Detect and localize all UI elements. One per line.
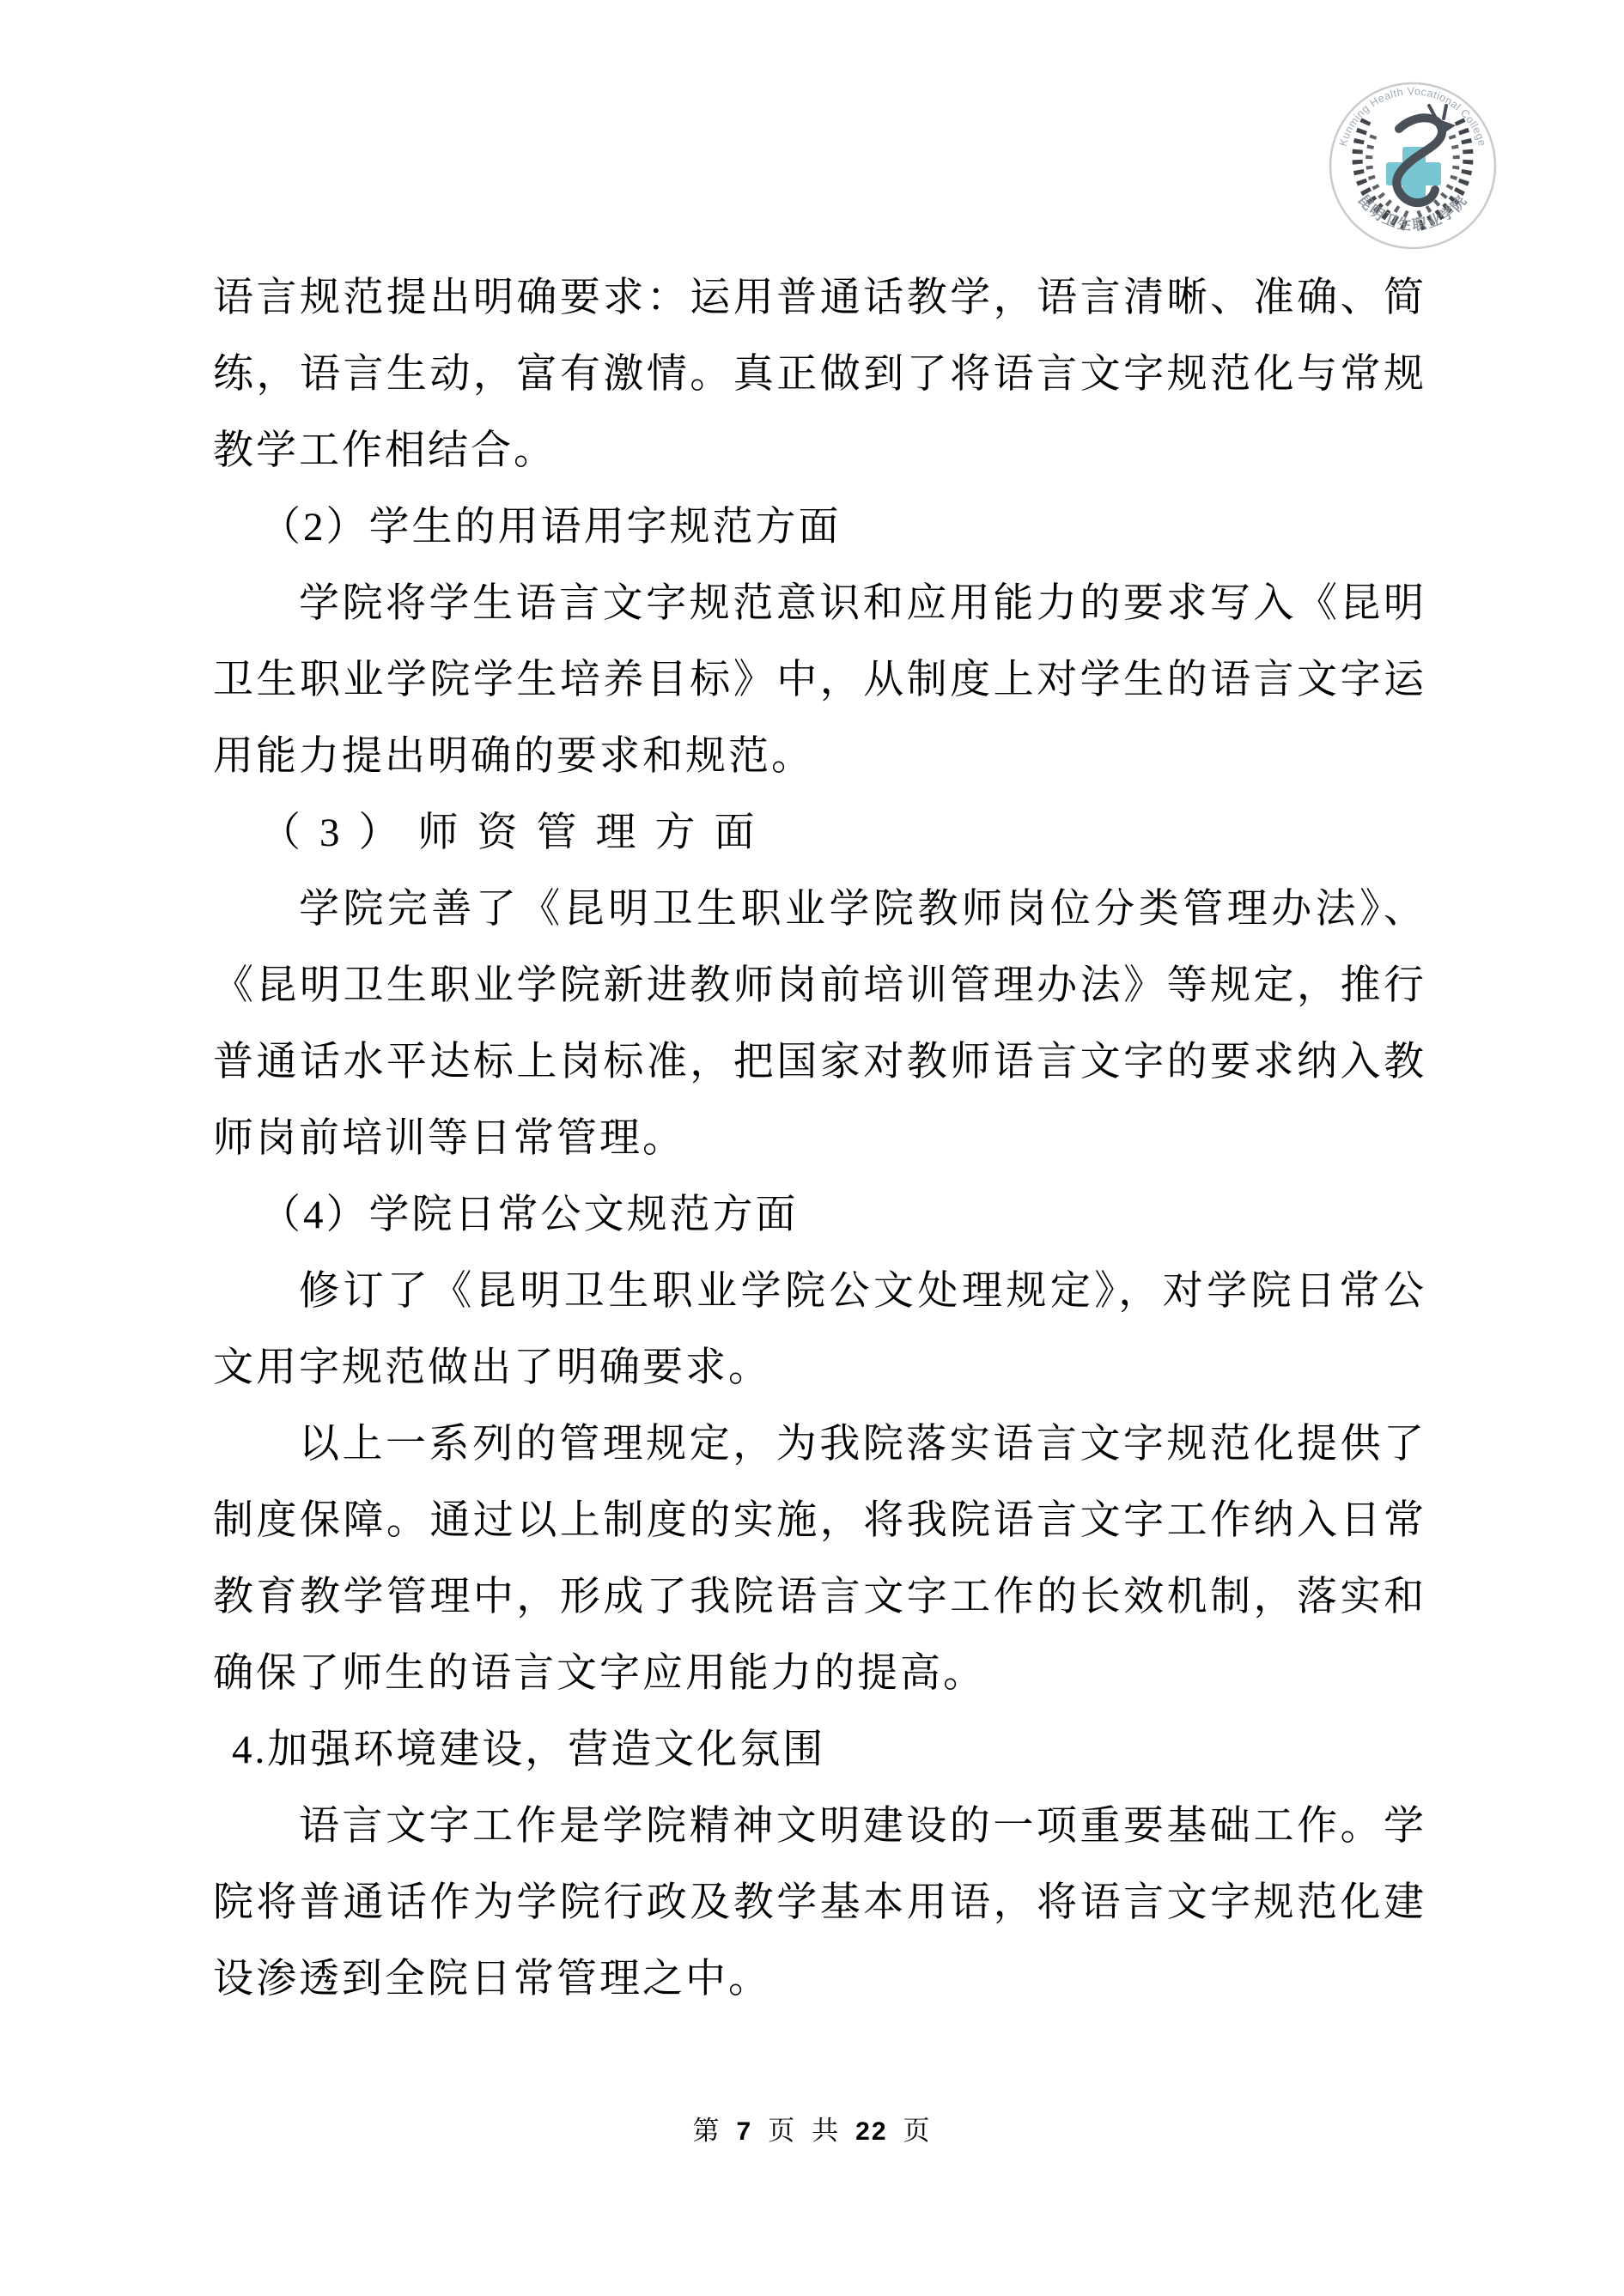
college-seal: Kunming Health Vocational College 昆明卫生职业… xyxy=(1327,77,1499,254)
text-line: 师岗前培训等日常管理。 xyxy=(213,1101,1426,1177)
footer-total-pages: 22 xyxy=(855,2117,887,2146)
text-line: 教育教学管理中，形成了我院语言文字工作的长效机制，落实和 xyxy=(213,1559,1426,1636)
text-line: 学院完善了《昆明卫生职业学院教师岗位分类管理办法》、 xyxy=(213,872,1426,948)
footer-page-number: 7 xyxy=(736,2117,752,2146)
text-line: 《昆明卫生职业学院新进教师岗前培训管理办法》等规定，推行 xyxy=(213,948,1426,1024)
text-line: 确保了师生的语言文字应用能力的提高。 xyxy=(213,1636,1426,1712)
text-line: 普通话水平达标上岗标准，把国家对教师语言文字的要求纳入教 xyxy=(213,1024,1426,1101)
page-footer: 第7页共22页 xyxy=(0,2109,1624,2147)
footer-label: 页 xyxy=(768,2116,796,2146)
text-line: 用能力提出明确的要求和规范。 xyxy=(213,719,1426,795)
text-line: 院将普通话作为学院行政及教学基本用语，将语言文字规范化建 xyxy=(213,1865,1426,1941)
text-line: 语言文字工作是学院精神文明建设的一项重要基础工作。学 xyxy=(213,1789,1426,1865)
text-line: 设渗透到全院日常管理之中。 xyxy=(213,1941,1426,2018)
text-line: 学院将学生语言文字规范意识和应用能力的要求写入《昆明 xyxy=(213,566,1426,642)
text-line: （4）学院日常公文规范方面 xyxy=(213,1177,1426,1254)
text-line: 卫生职业学院学生培养目标》中，从制度上对学生的语言文字运 xyxy=(213,642,1426,719)
text-line: 练，语言生动，富有激情。真正做到了将语言文字规范化与常规 xyxy=(213,337,1426,413)
text-line: （3）师资管理方面 xyxy=(213,795,1426,872)
footer-label: 共 xyxy=(812,2116,840,2146)
text-line: 文用字规范做出了明确要求。 xyxy=(213,1330,1426,1406)
footer-label: 第 xyxy=(692,2116,721,2146)
text-line: 4.加强环境建设，营造文化氛围 xyxy=(213,1712,1426,1789)
text-line: 以上一系列的管理规定，为我院落实语言文字规范化提供了 xyxy=(213,1406,1426,1483)
text-line: 教学工作相结合。 xyxy=(213,413,1426,489)
footer-label: 页 xyxy=(903,2116,932,2146)
document-lines: 语言规范提出明确要求：运用普通话教学，语言清晰、准确、简练，语言生动，富有激情。… xyxy=(213,260,1426,2018)
document-page: Kunming Health Vocational College 昆明卫生职业… xyxy=(0,0,1624,2296)
text-line: 语言规范提出明确要求：运用普通话教学，语言清晰、准确、简 xyxy=(213,260,1426,337)
text-line: （2）学生的用语用字规范方面 xyxy=(213,489,1426,566)
text-line: 制度保障。通过以上制度的实施，将我院语言文字工作纳入日常 xyxy=(213,1483,1426,1559)
text-line: 修订了《昆明卫生职业学院公文处理规定》，对学院日常公 xyxy=(213,1254,1426,1330)
